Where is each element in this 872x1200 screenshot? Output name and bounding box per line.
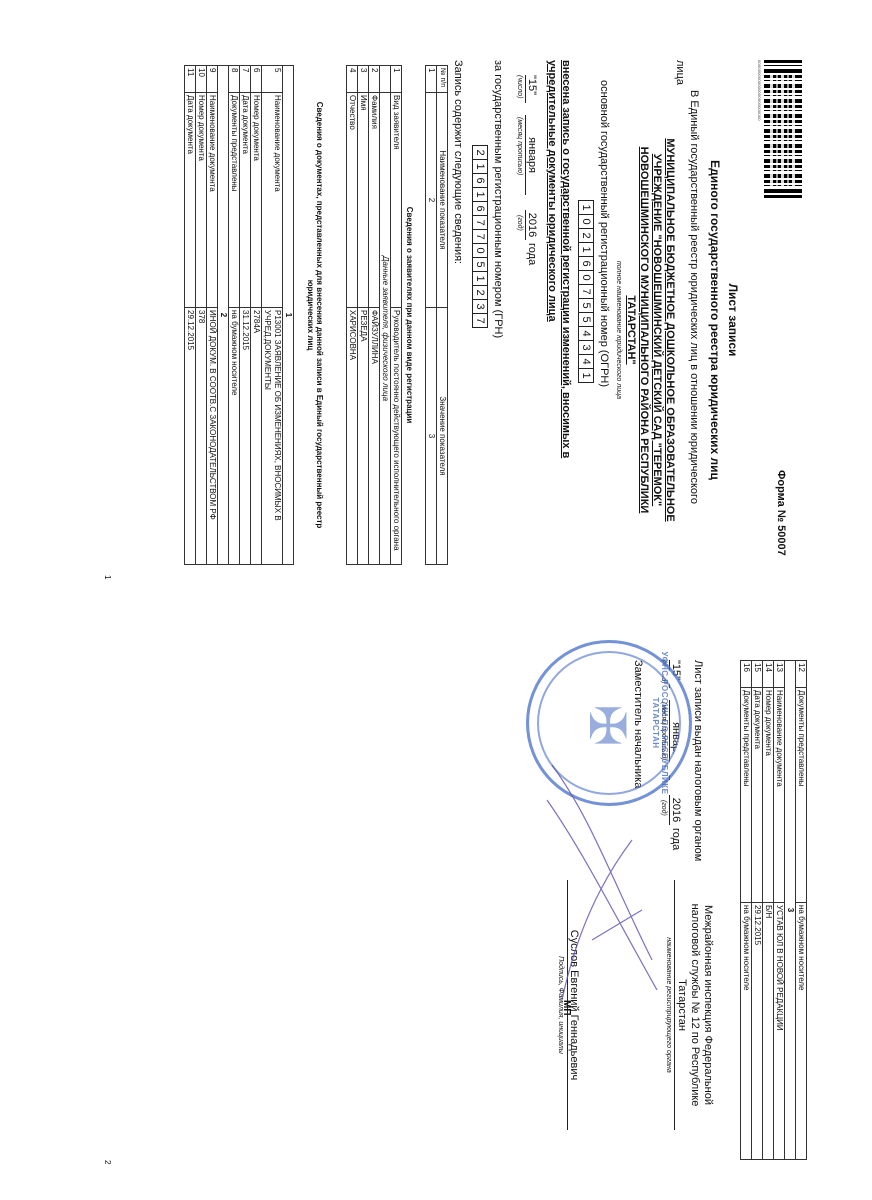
row-number: 10 xyxy=(196,66,207,93)
row-number: 11 xyxy=(185,66,196,93)
row-value: 31.12.2015 xyxy=(240,308,251,565)
applicant-table: 1 Вид заявителя Руководитель постоянно д… xyxy=(346,65,402,565)
page-title: Лист записи xyxy=(726,60,740,580)
row-number: 4 xyxy=(347,66,358,93)
row-number: 9 xyxy=(207,66,218,93)
row-name: Номер документа xyxy=(763,688,774,903)
form-number: Форма № 50007 xyxy=(775,470,787,556)
table-row: 2 Фамилия ФАЙЗУЛЛИНА xyxy=(369,66,380,565)
authority-name: Межрайонная инспекция Федеральной налого… xyxy=(674,880,714,1130)
row-value: Б/Н xyxy=(763,903,774,1160)
ogrn-digit: 0 xyxy=(579,271,593,285)
doc-group-number: 2 xyxy=(218,66,229,565)
grn-digit: 0 xyxy=(473,244,487,258)
row-value: ХАРИСОВНА xyxy=(347,308,358,565)
row-name: Дата документа xyxy=(185,93,196,308)
contains-label: Запись содержит следующие сведения: xyxy=(452,60,464,264)
grn-digit: 6 xyxy=(473,174,487,188)
page-subtitle: Единого государственного реестра юридиче… xyxy=(708,60,722,580)
row-number: 13 xyxy=(774,661,785,688)
row-name: Наименование документа xyxy=(207,93,218,308)
doc-group-number: 1 xyxy=(283,66,294,565)
ogrn-digit: 5 xyxy=(579,299,593,313)
intro-text: В Единый государственный реестр юридичес… xyxy=(688,90,700,504)
grn-digit: 3 xyxy=(473,300,487,314)
org-name-line: НОВОШЕШМИНСКОГО МУНИЦИПАЛЬНОГО РАЙОНА РЕ… xyxy=(637,60,650,600)
date-year-caption: (год) xyxy=(516,215,523,231)
row-number: 15 xyxy=(752,661,763,688)
row-number: 1 xyxy=(391,66,402,93)
col-index: 1 xyxy=(426,66,437,93)
row-name: Дата документа xyxy=(240,93,251,308)
row-value: Р13001 ЗАЯВЛЕНИЕ ОБ ИЗМЕНЕНИЯХ, ВНОСИМЫХ… xyxy=(262,308,283,565)
row-value: 2784А xyxy=(251,308,262,565)
barcode-text: 0000000000000000000000000 xyxy=(757,60,762,200)
table-row: 7 Дата документа 31.12.2015 xyxy=(240,66,251,565)
row-number: 14 xyxy=(763,661,774,688)
grn-label: за государственным регистрационным номер… xyxy=(492,60,504,338)
grn-digit: 5 xyxy=(473,258,487,272)
ogrn-digits: 1 0 2 1 6 0 7 5 5 4 3 4 1 xyxy=(578,200,594,383)
grn-digit: 1 xyxy=(473,272,487,286)
applicant-section-title: Сведения о заявителях при данном виде ре… xyxy=(405,65,414,565)
row-name: Дата документа xyxy=(752,688,763,903)
page-number: 1 xyxy=(103,575,112,579)
table-row: 9 Наименование документа ИНОЙ ДОКУМ. В С… xyxy=(207,66,218,565)
ogrn-digit: 0 xyxy=(579,215,593,229)
page-2: 12 Документы представлены на бумажном но… xyxy=(0,640,872,1200)
org-name-line: ТАТАРСТАН" xyxy=(624,60,637,600)
row-number: 12 xyxy=(796,661,807,688)
table-row: 4 Отчество ХАРИСОВНА xyxy=(347,66,358,565)
ogrn-digit: 4 xyxy=(579,355,593,369)
row-name: Наименование документа xyxy=(774,688,785,903)
row-number: 5 xyxy=(262,66,283,93)
date-month: января xyxy=(525,115,538,195)
col-name-header: Наименование показателя xyxy=(437,93,448,308)
table-row: 14 Номер документа Б/Н xyxy=(763,661,774,1160)
table-row: 1 Вид заявителя Руководитель постоянно д… xyxy=(391,66,402,565)
table-row: 10 Номер документа 378 xyxy=(196,66,207,565)
grn-digit: 1 xyxy=(473,160,487,174)
ogrn-digit: 3 xyxy=(579,341,593,355)
ogrn-digit: 1 xyxy=(579,201,593,215)
date-month-caption: (месяц прописью) xyxy=(516,117,523,175)
row-name: Вид заявителя xyxy=(391,93,402,308)
date-day-caption: (число) xyxy=(516,75,523,99)
documents-table-continued: 12 Документы представлены на бумажном но… xyxy=(740,660,807,1160)
doc-group-number: 3 xyxy=(785,661,796,1160)
row-value: 29.12.2015 xyxy=(185,308,196,565)
row-value: ИНОЙ ДОКУМ. В СООТВ.С ЗАКОНОДАТЕЛЬСТВОМ … xyxy=(207,308,218,565)
row-value: 378 xyxy=(196,308,207,565)
ogrn-digit: 5 xyxy=(579,313,593,327)
col-number-header: № п/п xyxy=(437,66,448,93)
ogrn-digit: 1 xyxy=(579,369,593,382)
grn-digit: 2 xyxy=(473,286,487,300)
signature-icon xyxy=(542,760,672,1020)
documents-table: 1 5 Наименование документа Р13001 ЗАЯВЛЕ… xyxy=(184,65,294,565)
row-value: ФАЙЗУЛЛИНА xyxy=(369,308,380,565)
row-number: 7 xyxy=(240,66,251,93)
org-name-caption: полное наименование юридического лица xyxy=(615,60,622,600)
grn-digits: 2 1 6 1 6 7 7 0 5 1 2 3 7 xyxy=(472,145,488,328)
row-value: на бумажном носителе xyxy=(229,308,240,565)
org-name-line: УЧРЕЖДЕНИЕ "НОВОШЕШМИНСКИЙ ДЕТСКИЙ САД "… xyxy=(650,60,663,600)
table-row: 3 Имя РЕЗЕДА xyxy=(358,66,369,565)
table-row: 12 Документы представлены на бумажном но… xyxy=(796,661,807,1160)
table-row: 13 Наименование документа УСТАВ ЮЛ В НОВ… xyxy=(774,661,785,1160)
ogrn-digit: 4 xyxy=(579,327,593,341)
table-row: 15 Дата документа 29.12.2015 xyxy=(752,661,763,1160)
eagle-emblem-icon: ✠ xyxy=(574,693,639,758)
org-name-line: МУНИЦИПАЛЬНОЕ БЮДЖЕТНОЕ ДОШКОЛЬНОЕ ОБРАЗ… xyxy=(663,60,676,600)
date-year: 2016 xyxy=(525,210,538,240)
row-value: РЕЗЕДА xyxy=(358,308,369,565)
col-index: 2 xyxy=(426,93,437,308)
col-index: 3 xyxy=(426,308,437,565)
row-name: Документы представлены xyxy=(796,688,807,903)
grn-digit: 2 xyxy=(473,146,487,160)
row-name: Номер документа xyxy=(251,93,262,308)
authority-line: налоговой службы № 12 по Республике xyxy=(688,880,701,1130)
row-value: УСТАВ ЮЛ В НОВОЙ РЕДАКЦИИ xyxy=(774,903,785,1160)
row-name: Имя xyxy=(358,93,369,308)
page-number: 2 xyxy=(103,1160,112,1164)
entry-text-cont: учредительные документы юридического лиц… xyxy=(546,60,558,322)
table-row: 8 Документы представлены на бумажном нос… xyxy=(229,66,240,565)
row-number: 2 xyxy=(369,66,380,93)
col-value-header: Значение показателя xyxy=(437,308,448,565)
row-number: 16 xyxy=(741,661,752,688)
document-frame: 0000000000000000000000000 Форма № 50007 … xyxy=(0,0,872,1200)
table-row: 16 Документы представлены на бумажном но… xyxy=(741,661,752,1160)
row-name: Документы представлены xyxy=(741,688,752,903)
date-year-suffix: года xyxy=(526,243,538,265)
row-name: Фамилия xyxy=(369,93,380,308)
ogrn-digit: 2 xyxy=(579,229,593,243)
row-value: на бумажном носителе xyxy=(796,903,807,1160)
row-name: Документы представлены xyxy=(229,93,240,308)
ogrn-label: основной государственный регистрационный… xyxy=(598,80,610,387)
row-value: Руководитель постоянно действующего испо… xyxy=(391,308,402,565)
row-value: на бумажном носителе xyxy=(741,903,752,1160)
row-number: 6 xyxy=(251,66,262,93)
authority-line: Межрайонная инспекция Федеральной xyxy=(701,880,714,1130)
row-number: 3 xyxy=(358,66,369,93)
row-name: Номер документа xyxy=(196,93,207,308)
record-table-header: № п/п Наименование показателя Значение п… xyxy=(425,65,448,565)
barcode-image xyxy=(764,60,802,200)
row-value: 29.12.2015 xyxy=(752,903,763,1160)
grn-digit: 7 xyxy=(473,216,487,230)
table-row: 6 Номер документа 2784А xyxy=(251,66,262,565)
grn-digit: 7 xyxy=(473,230,487,244)
issued-label: Лист записи выдан налоговым органом xyxy=(692,660,704,861)
grn-digit: 1 xyxy=(473,188,487,202)
entry-text: внесена запись о государственной регистр… xyxy=(560,60,572,458)
date-day: "15" xyxy=(525,75,538,103)
table-row: 5 Наименование документа Р13001 ЗАЯВЛЕНИ… xyxy=(262,66,283,565)
docs-section-title: Сведения о документах, представленных дл… xyxy=(306,75,324,555)
authority-line: Татарстан xyxy=(675,880,688,1130)
row-name: Отчество xyxy=(347,93,358,308)
organization-name: МУНИЦИПАЛЬНОЕ БЮДЖЕТНОЕ ДОШКОЛЬНОЕ ОБРАЗ… xyxy=(624,60,676,600)
grn-digit: 6 xyxy=(473,202,487,216)
ogrn-digit: 1 xyxy=(579,243,593,257)
table-row: 11 Дата документа 29.12.2015 xyxy=(185,66,196,565)
row-number: 8 xyxy=(229,66,240,93)
row-name: Наименование документа xyxy=(262,93,283,308)
ogrn-digit: 7 xyxy=(579,285,593,299)
ogrn-digit: 6 xyxy=(579,257,593,271)
applicant-sub-title: Данные заявителя, физического лица xyxy=(380,93,391,565)
grn-digit: 7 xyxy=(473,314,487,327)
page-1: 0000000000000000000000000 Форма № 50007 … xyxy=(0,0,872,620)
